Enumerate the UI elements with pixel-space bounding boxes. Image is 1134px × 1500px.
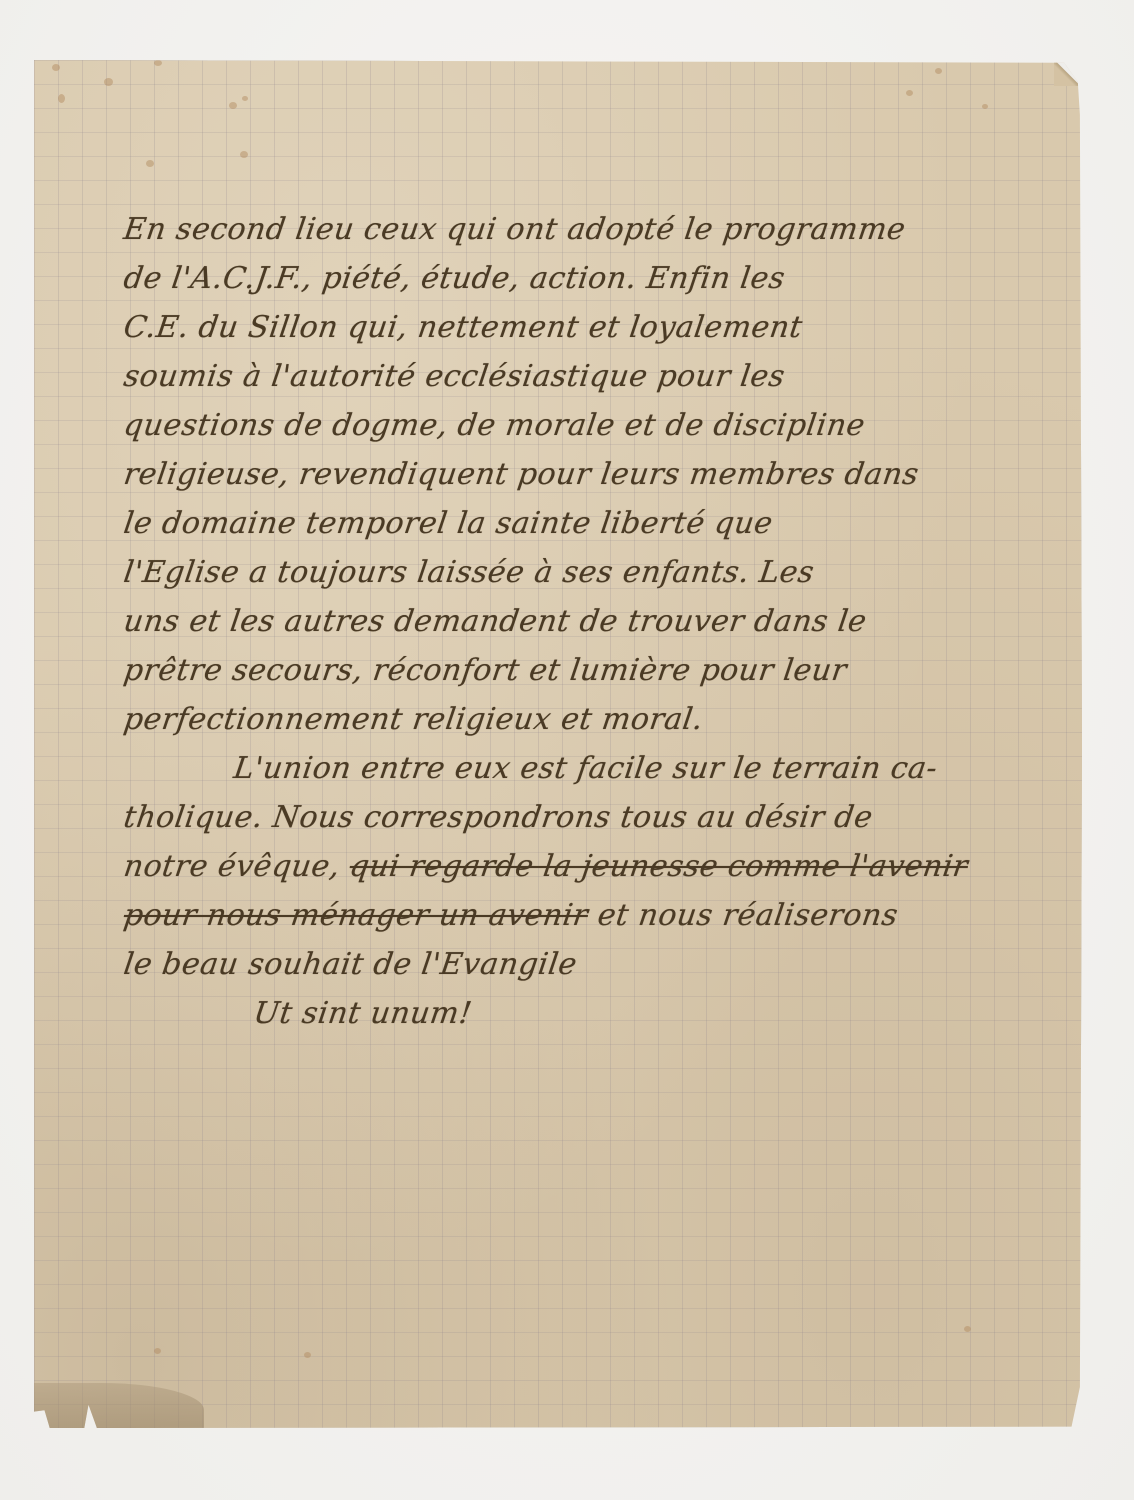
foxing-spot (104, 78, 113, 86)
closing-motto: Ut sint unum! (121, 989, 1088, 1038)
letter-body: En second lieu ceux qui ont adopté le pr… (124, 205, 1084, 1038)
letter-line: uns et les autres demandent de trouver d… (121, 597, 1088, 646)
foxing-spot (906, 90, 913, 96)
foxing-spot (154, 1348, 161, 1354)
letter-line: l'Eglise a toujours laissée à ses enfant… (121, 548, 1088, 597)
letter-page: En second lieu ceux qui ont adopté le pr… (34, 60, 1082, 1428)
foxing-spot (154, 60, 162, 66)
foxing-spot (242, 96, 248, 101)
struck-out-text: pour nous ménager un avenir (122, 898, 591, 933)
foxing-spot (146, 160, 154, 167)
struck-out-text: qui regarde la jeunesse comme l'avenir (347, 849, 970, 884)
letter-line: le beau souhait de l'Evangile (121, 940, 1088, 989)
foxing-spot (935, 68, 942, 74)
letter-line: soumis à l'autorité ecclésiastique pour … (121, 352, 1088, 401)
letter-line: perfectionnement religieux et moral. (121, 695, 1088, 744)
letter-line-with-strikethrough: notre évêque, qui regarde la jeunesse co… (121, 842, 1088, 891)
torn-stained-edge (34, 1383, 204, 1428)
paragraph-start-line: L'union entre eux est facile sur le terr… (121, 744, 1088, 793)
letter-line: de l'A.C.J.F., piété, étude, action. Enf… (121, 254, 1088, 303)
letter-line: prêtre secours, réconfort et lumière pou… (121, 646, 1088, 695)
letter-line-with-strikethrough: pour nous ménager un avenir et nous réal… (121, 891, 1088, 940)
letter-line: questions de dogme, de morale et de disc… (121, 401, 1088, 450)
letter-line: le domaine temporel la sainte liberté qu… (121, 499, 1088, 548)
letter-line: En second lieu ceux qui ont adopté le pr… (121, 205, 1088, 254)
foxing-spot (52, 64, 60, 71)
letter-line: C.E. du Sillon qui, nettement et loyalem… (121, 303, 1088, 352)
foxing-spot (982, 104, 988, 109)
foxing-spot (304, 1352, 311, 1358)
foxing-spot (229, 102, 237, 109)
foxing-spot (964, 1326, 971, 1332)
letter-line: tholique. Nous correspondrons tous au dé… (121, 793, 1088, 842)
foxing-spot (240, 151, 248, 158)
foxing-spot (58, 94, 65, 103)
letter-line: religieuse, revendiquent pour leurs memb… (121, 450, 1088, 499)
